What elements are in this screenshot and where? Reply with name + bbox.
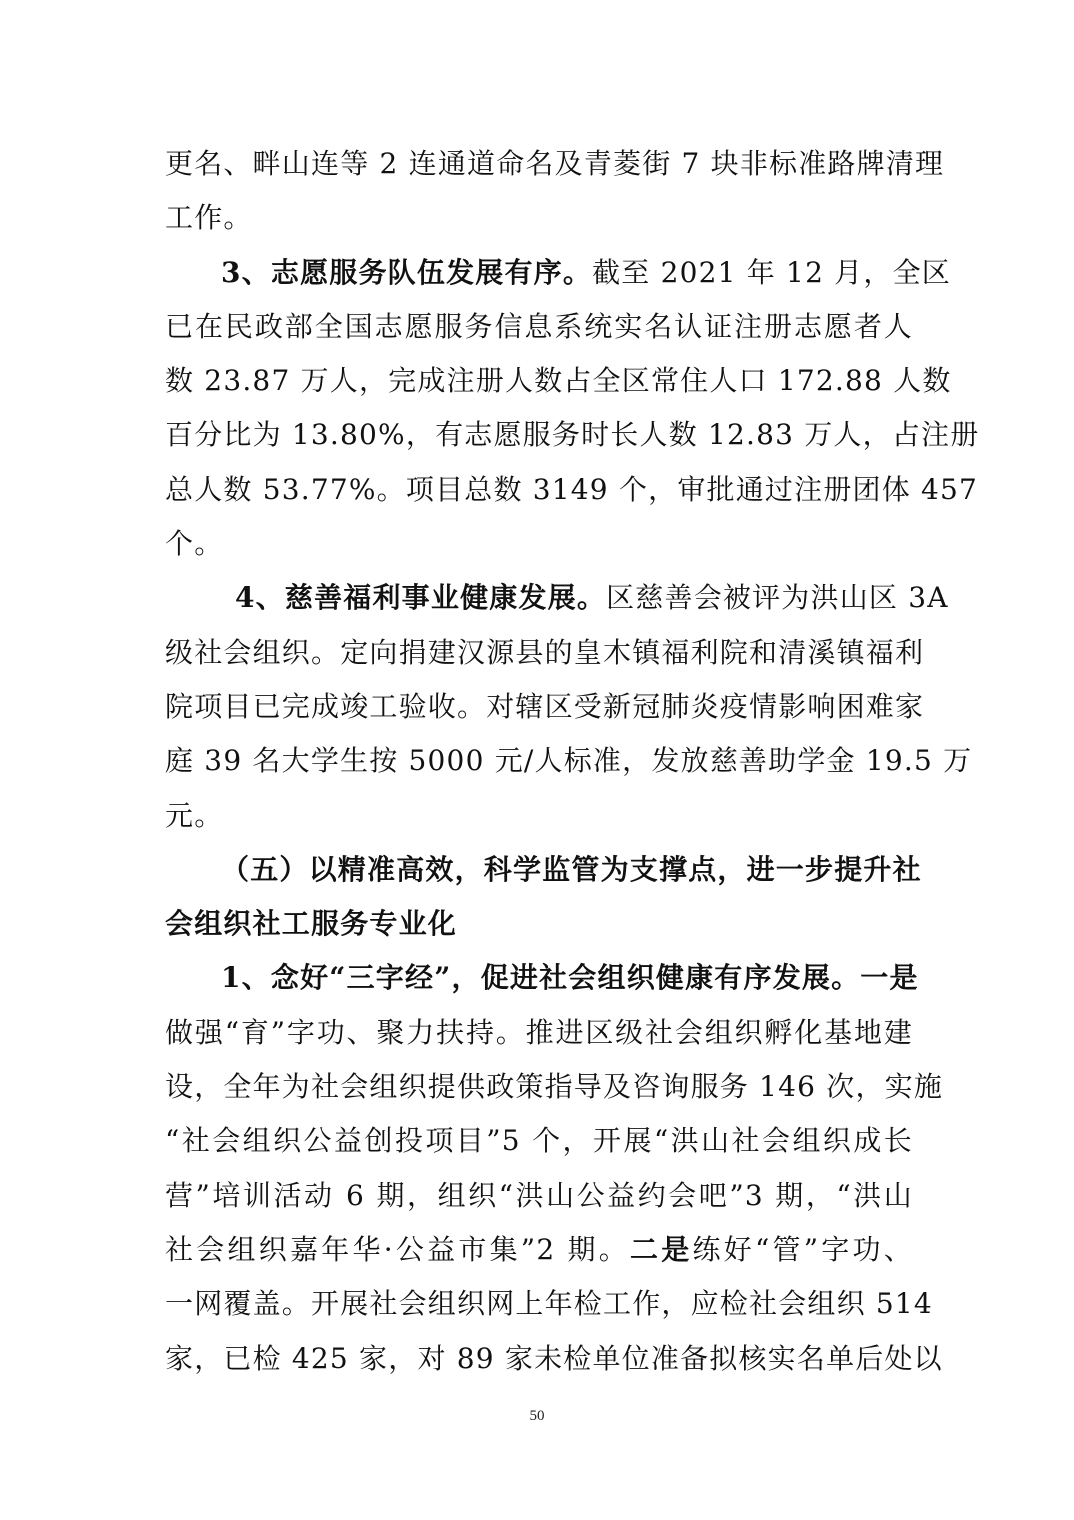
section-heading: 会组织社工服务专业化 [165,897,913,951]
text-span: 社会组织嘉年华·公益市集”2 期。 [165,1233,630,1266]
paragraph-heading: 4、慈善福利事业健康发展。 [235,581,606,614]
inline-bold-label: 二是 [630,1233,693,1266]
document-page: 更名、畔山连等 2 连通道命名及青菱街 7 块非标准路牌清理 工作。 3、志愿服… [165,137,913,1386]
text-line: 数 23.87 万人，完成注册人数占全区常住人口 172.88 人数 [165,354,913,408]
text-line: “社会组织公益创投项目”5 个，开展“洪山社会组织成长 [165,1114,913,1168]
text-line: 院项目已完成竣工验收。对辖区受新冠肺炎疫情影响困难家 [165,680,913,734]
text-line: 级社会组织。定向捐建汉源县的皇木镇福利院和清溪镇福利 [165,626,913,680]
text-span: 练好“管”字功、 [692,1233,913,1266]
paragraph-heading: 1、念好“三字经”，促进社会组织健康有序发展。一是 [165,951,913,1005]
text-line: 家，已检 425 家，对 89 家未检单位准备拟核实名单后处以 [165,1332,913,1386]
text-line: 庭 39 名大学生按 5000 元/人标准，发放慈善助学金 19.5 万 [165,734,913,788]
text-line: 一网覆盖。开展社会组织网上年检工作，应检社会组织 514 [165,1277,913,1331]
paragraph-charity-heading-line: 4、慈善福利事业健康发展。区慈善会被评为洪山区 3A [165,571,913,625]
text-line: 工作。 [165,191,913,245]
text-line: 已在民政部全国志愿服务信息系统实名认证注册志愿者人 [165,300,913,354]
text-line: 百分比为 13.80%，有志愿服务时长人数 12.83 万人，占注册 [165,408,913,462]
text-line: 营”培训活动 6 期，组织“洪山公益约会吧”3 期，“洪山 [165,1169,913,1223]
paragraph-heading: 3、志愿服务队伍发展有序。 [221,256,592,289]
text-line: 元。 [165,789,913,843]
text-line: 个。 [165,517,913,571]
text-line: 总人数 53.77%。项目总数 3149 个，审批通过注册团体 457 [165,463,913,517]
text-line: 做强“育”字功、聚力扶持。推进区级社会组织孵化基地建 [165,1006,913,1060]
text-line: 更名、畔山连等 2 连通道命名及青菱街 7 块非标准路牌清理 [165,137,913,191]
page-number: 50 [0,1408,1074,1425]
paragraph-volunteer-heading-line: 3、志愿服务队伍发展有序。截至 2021 年 12 月，全区 [165,246,913,300]
text-span: 区慈善会被评为洪山区 3A [606,581,949,614]
text-span: 截至 2021 年 12 月，全区 [592,256,951,289]
section-heading: （五）以精准高效，科学监管为支撑点，进一步提升社 [165,843,913,897]
text-line: 设，全年为社会组织提供政策指导及咨询服务 146 次，实施 [165,1060,913,1114]
text-line-mixed: 社会组织嘉年华·公益市集”2 期。二是练好“管”字功、 [165,1223,913,1277]
